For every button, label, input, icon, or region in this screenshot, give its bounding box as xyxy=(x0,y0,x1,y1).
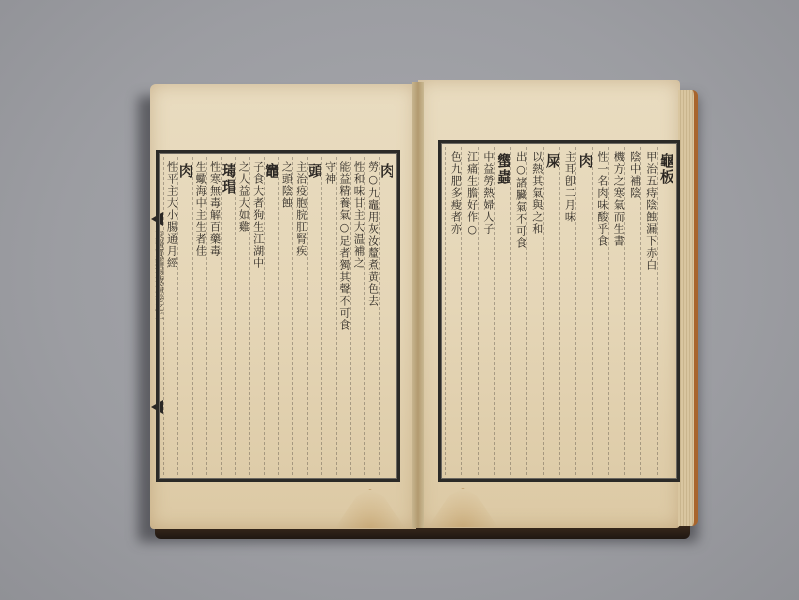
entry-heading: 龜板 xyxy=(657,147,673,475)
text-column: 江痛生膽好作○ xyxy=(461,147,477,475)
entry-heading: 肉 xyxy=(379,157,393,475)
book-gutter xyxy=(412,82,424,528)
text-column: 性寒無毒解百藥毒 xyxy=(206,157,220,475)
page-edges xyxy=(678,90,698,526)
entry-heading: 肉 xyxy=(177,157,191,475)
text-column: 勞○九竈用灰汝釐煮黄色去 xyxy=(364,157,378,475)
text-column: 性一名肉味酸乎食 xyxy=(592,147,608,475)
text-column: 性和味甘主大温補之 xyxy=(350,157,364,475)
entry-heading: 瑇瑁 xyxy=(221,157,235,475)
book-photograph: 東醫寶鑑湯液篇卷之二 肉勞○九竈用灰汝釐煮黄色去性和味甘主大温補之能益精養氣○足… xyxy=(0,0,799,600)
text-column: 出○諸臟氣不可食 xyxy=(510,147,526,475)
text-column: 守神 xyxy=(321,157,335,475)
text-column: 能益精養氣○足者獨其聲不可食 xyxy=(336,157,350,475)
text-column: 主耳卽二月味 xyxy=(559,147,575,475)
water-stain xyxy=(335,489,405,528)
text-column: 之人益大如雞 xyxy=(235,157,249,475)
text-column: 主治疫胞脘肛腎疾 xyxy=(292,157,306,475)
entry-heading: 頭 xyxy=(307,157,321,475)
right-text-block: 龜板甲治五痔陰蝕漏下赤白陰中補陰機方之寒氣而生書性一名肉味酸乎食肉主耳卽二月味屎… xyxy=(438,140,680,482)
text-column: 子食大者狗生江湖中 xyxy=(249,157,263,475)
text-column: 之頭陰蝕 xyxy=(278,157,292,475)
left-text-block: 肉勞○九竈用灰汝釐煮黄色去性和味甘主大温補之能益精養氣○足者獨其聲不可食守神頭主… xyxy=(156,150,400,482)
entry-heading: 竈 xyxy=(264,157,278,475)
text-column: 中益勞熱婦人子 xyxy=(478,147,494,475)
text-column: 陰中補陰 xyxy=(624,147,640,475)
text-column: 甲治五痔陰蝕漏下赤白 xyxy=(640,147,656,475)
entry-heading: 蠁蟲 xyxy=(494,147,510,475)
text-column: 性平主大小腸通月經 xyxy=(163,157,177,475)
text-column: 生蠍海中主生者佳 xyxy=(192,157,206,475)
entry-heading: 屎 xyxy=(543,147,559,475)
entry-heading: 肉 xyxy=(575,147,591,475)
text-column: 機方之寒氣而生書 xyxy=(608,147,624,475)
water-stain xyxy=(428,488,498,527)
text-column: 色九肥多瘦者亦 xyxy=(445,147,461,475)
text-column: 以熱其氣與之和 xyxy=(526,147,542,475)
